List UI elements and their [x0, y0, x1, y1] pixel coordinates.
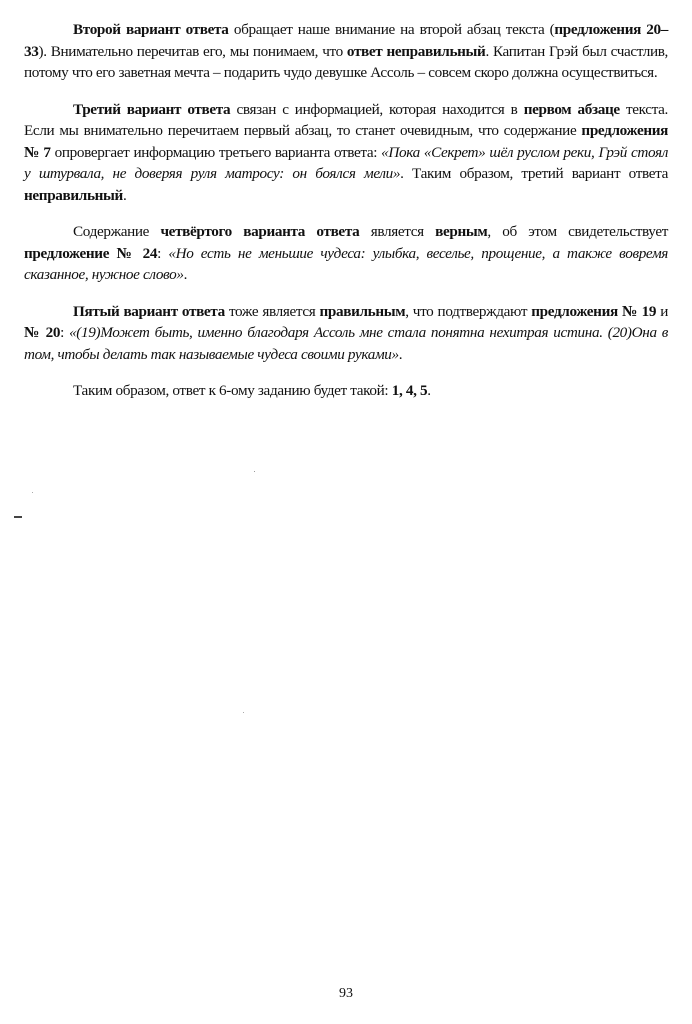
document-body: Второй вариант ответа обращает наше вним…: [24, 19, 668, 417]
paragraph-second-answer: Второй вариант ответа обращает наше вним…: [24, 19, 668, 84]
text-run: Таким образом, ответ к 6-ому заданию буд…: [73, 382, 392, 399]
bold-text: первом абзаце: [524, 101, 620, 118]
quote-text: «(19)Может быть, именно благодаря Ассоль…: [24, 324, 668, 363]
paragraph-conclusion: Таким образом, ответ к 6-ому заданию буд…: [24, 380, 668, 402]
text-run: ). Внимательно перечитав его, мы понимае…: [39, 43, 347, 60]
scan-speck: [32, 492, 33, 493]
bold-text: Второй вариант ответа: [73, 21, 229, 38]
text-run: .: [399, 346, 402, 363]
text-run: обращает наше внимание на второй абзац т…: [229, 21, 555, 38]
text-run: .: [184, 266, 187, 283]
scan-speck: [243, 712, 244, 713]
text-run: .: [123, 187, 126, 204]
bold-text: предложения № 19: [531, 303, 656, 320]
bold-text: четвёртого варианта ответа: [160, 223, 359, 240]
bold-text: предложение № 24: [24, 245, 157, 262]
bold-text: правильным: [320, 303, 406, 320]
bold-text: Пятый вариант ответа: [73, 303, 225, 320]
text-run: является: [359, 223, 435, 240]
paragraph-fourth-answer: Содержание четвёртого варианта ответа яв…: [24, 221, 668, 286]
scan-speck: [14, 516, 22, 518]
scan-speck: [254, 471, 255, 472]
text-run: , что подтверждают: [405, 303, 531, 320]
text-run: и: [656, 303, 668, 320]
paragraph-fifth-answer: Пятый вариант ответа тоже является прави…: [24, 301, 668, 366]
text-run: :: [60, 324, 69, 341]
text-run: . Таким образом, третий вариант ответа: [400, 165, 668, 182]
bold-text: 1, 4, 5: [392, 382, 428, 399]
page-number: 93: [0, 986, 692, 1002]
bold-text: неправильный: [24, 187, 123, 204]
text-run: связан с информацией, которая находится …: [230, 101, 523, 118]
bold-text: ответ неправильный: [347, 43, 486, 60]
bold-text: верным: [435, 223, 487, 240]
text-run: Содержание: [73, 223, 160, 240]
text-run: .: [427, 382, 430, 399]
text-run: :: [157, 245, 168, 262]
bold-text: Третий вариант ответа: [73, 101, 230, 118]
text-run: тоже является: [225, 303, 320, 320]
text-run: опровергает информацию третьего варианта…: [51, 144, 381, 161]
text-run: , об этом свидетельствует: [487, 223, 668, 240]
bold-text: № 20: [24, 324, 60, 341]
paragraph-third-answer: Третий вариант ответа связан с информаци…: [24, 99, 668, 207]
